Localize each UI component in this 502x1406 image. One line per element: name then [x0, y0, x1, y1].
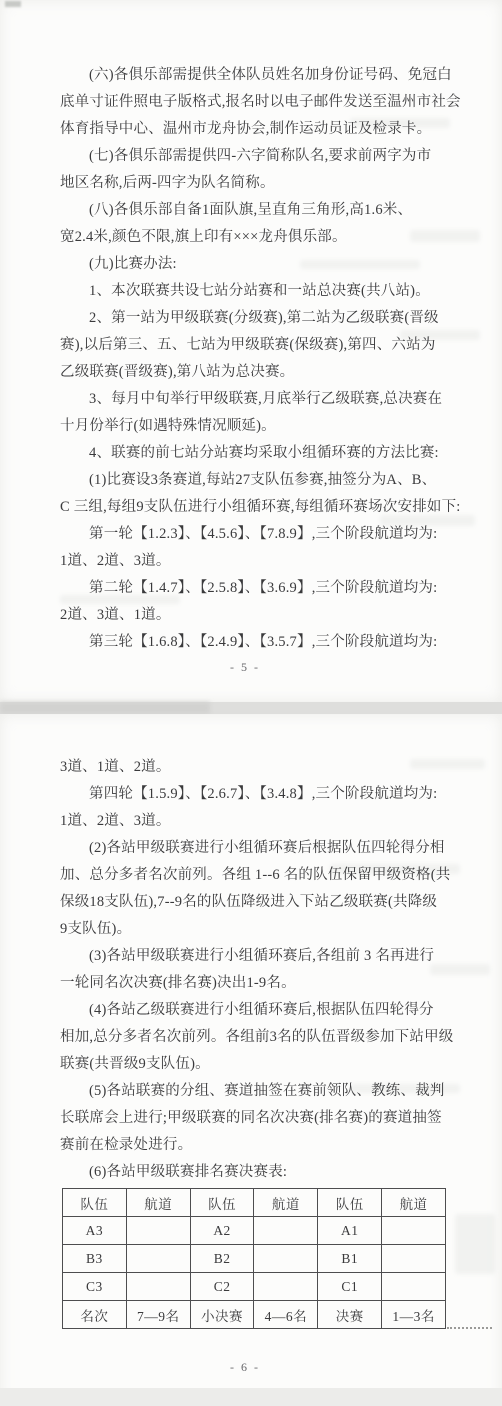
table-header-row: 队伍 航道 队伍 航道 队伍 航道: [63, 1189, 446, 1217]
text-line: (3)各站甲级联赛进行小组循环赛后,各组前 3 名再进行: [60, 943, 462, 970]
text-line: 1、本次联赛共设七站分站赛和一站总决赛(共八站)。: [60, 278, 462, 305]
text-line: (6)各站甲级联赛排名赛决赛表:: [60, 1159, 462, 1186]
scan-corner-smudge: [5, 1, 21, 7]
table-cell: C1: [318, 1273, 382, 1301]
page-number: - 5 -: [0, 660, 490, 675]
table-cell: C2: [190, 1273, 254, 1301]
text-line: 2、第一站为甲级联赛(分级赛),第二站为乙级联赛(晋级: [60, 305, 462, 332]
page-gap-shadow: [0, 702, 210, 714]
table-header-cell: 航道: [254, 1189, 318, 1217]
text-line: 加、总分多者名次前列。各组 1--6 名的队伍保留甲级资格(共: [60, 862, 462, 889]
text-line: 第三轮【1.6.8】、【2.4.9】、【3.5.7】,三个阶段航道均为:: [60, 629, 462, 656]
ranking-final-table: 队伍 航道 队伍 航道 队伍 航道 A3 A2 A1 B3 B2 B1: [62, 1188, 446, 1329]
table-cell: 7—9名: [126, 1301, 190, 1329]
page-6-text-block: 3道、1道、2道。 第四轮【1.5.9】、【2.6.7】、【3.4.8】,三个阶…: [60, 754, 462, 1186]
text-line: 体育指导中心、温州市龙舟协会,制作运动员证及检录卡。: [60, 116, 462, 143]
text-line: 联赛(共晋级9支队伍)。: [60, 1051, 462, 1078]
text-line: 4、联赛的前七站分站赛均采取小组循环赛的方法比赛:: [60, 440, 462, 467]
table-cell: 小决赛: [190, 1301, 254, 1329]
text-line: C 三组,每组9支队伍进行小组循环赛,每组循环赛场次安排如下:: [60, 494, 462, 521]
text-line: 一轮同名次决赛(排名赛)决出1-9名。: [60, 970, 462, 997]
text-line: 保级18支队伍),7--9名的队伍降级进入下站乙级联赛(共降级: [60, 889, 462, 916]
text-line: 长联席会上进行;甲级联赛的同名次决赛(排名赛)的赛道抽签: [60, 1105, 462, 1132]
table-row: 名次 7—9名 小决赛 4—6名 决赛 1—3名: [63, 1301, 446, 1329]
text-line: 第一轮【1.2.3】、【4.5.6】、【7.8.9】,三个阶段航道均为:: [60, 521, 462, 548]
table-cell: 1—3名: [382, 1301, 446, 1329]
table-cell: A2: [190, 1217, 254, 1245]
table-header-cell: 队伍: [190, 1189, 254, 1217]
dotted-line: [447, 1327, 492, 1329]
table-cell: [126, 1217, 190, 1245]
table-cell: A3: [63, 1217, 127, 1245]
text-line: (5)各站联赛的分组、赛道抽签在赛前领队、教练、裁判: [60, 1078, 462, 1105]
text-line: (4)各站乙级联赛进行小组循环赛后,根据队伍四轮得分: [60, 997, 462, 1024]
table-cell: [254, 1273, 318, 1301]
table-header-cell: 队伍: [318, 1189, 382, 1217]
table-cell: A1: [318, 1217, 382, 1245]
page-5-text-block: (六)各俱乐部需提供全体队员姓名加身份证号码、免冠白 底单寸证件照电子版格式,报…: [60, 62, 462, 656]
text-line: (九)比赛办法:: [60, 251, 462, 278]
table-cell: B2: [190, 1245, 254, 1273]
table-cell: 决赛: [318, 1301, 382, 1329]
table-row: C3 C2 C1: [63, 1273, 446, 1301]
table-cell: [382, 1273, 446, 1301]
table-cell: [382, 1245, 446, 1273]
text-line: 赛前在检录处进行。: [60, 1132, 462, 1159]
text-line: 乙级联赛(晋级赛),第八站为总决赛。: [60, 359, 462, 386]
table-row: B3 B2 B1: [63, 1245, 446, 1273]
scan-bottom-shade: [0, 1388, 502, 1406]
text-line: 宽2.4米,颜色不限,旗上印有×××龙舟俱乐部。: [60, 224, 462, 251]
table-row: A3 A2 A1: [63, 1217, 446, 1245]
table-cell: [126, 1245, 190, 1273]
table-cell: B3: [63, 1245, 127, 1273]
table-cell: [382, 1217, 446, 1245]
text-line: 第二轮【1.4.7】、【2.5.8】、【3.6.9】,三个阶段航道均为:: [60, 575, 462, 602]
page-number: - 6 -: [0, 1360, 490, 1375]
table-header-cell: 航道: [126, 1189, 190, 1217]
table-header-cell: 队伍: [63, 1189, 127, 1217]
table-cell: [254, 1217, 318, 1245]
text-line: 3道、1道、2道。: [60, 754, 462, 781]
scanned-document: { "theme": { "paper": "#fcfcfb", "backgr…: [0, 0, 502, 1406]
text-line: 十月份举行(如遇特殊情况顺延)。: [60, 413, 462, 440]
table-header-cell: 航道: [382, 1189, 446, 1217]
table-cell: [254, 1245, 318, 1273]
text-line: (2)各站甲级联赛进行小组循环赛后根据队伍四轮得分相: [60, 835, 462, 862]
table-cell: 名次: [63, 1301, 127, 1329]
text-line: 2道、3道、1道。: [60, 602, 462, 629]
bleed-through-smudge: [455, 1214, 495, 1274]
text-line: 1道、2道、3道。: [60, 808, 462, 835]
text-line: 第四轮【1.5.9】、【2.6.7】、【3.4.8】,三个阶段航道均为:: [60, 781, 462, 808]
text-line: 3、每月中旬举行甲级联赛,月底举行乙级联赛,总决赛在: [60, 386, 462, 413]
text-line: (1)比赛设3条赛道,每站27支队伍参赛,抽签分为A、B、: [60, 467, 462, 494]
text-line: 底单寸证件照电子版格式,报名时以电子邮件发送至温州市社会: [60, 89, 462, 116]
page-5: (六)各俱乐部需提供全体队员姓名加身份证号码、免冠白 底单寸证件照电子版格式,报…: [0, 0, 502, 702]
text-line: 9支队伍)。: [60, 916, 462, 943]
text-line: (六)各俱乐部需提供全体队员姓名加身份证号码、免冠白: [60, 62, 462, 89]
text-line: 相加,总分多者名次前列。各组前3名的队伍晋级参加下站甲级: [60, 1024, 462, 1051]
table-cell: [126, 1273, 190, 1301]
table-cell: 4—6名: [254, 1301, 318, 1329]
text-line: (八)各俱乐部自备1面队旗,呈直角三角形,高1.6米、: [60, 197, 462, 224]
table-cell: C3: [63, 1273, 127, 1301]
text-line: (七)各俱乐部需提供四-六字简称队名,要求前两字为市: [60, 143, 462, 170]
table-cell: B1: [318, 1245, 382, 1273]
page-gap: [0, 702, 502, 714]
page-6: 3道、1道、2道。 第四轮【1.5.9】、【2.6.7】、【3.4.8】,三个阶…: [0, 714, 502, 1406]
text-line: 1道、2道、3道。: [60, 548, 462, 575]
text-line: 地区名称,后两-四字为队名简称。: [60, 170, 462, 197]
text-line: 赛),以后第三、五、七站为甲级联赛(保级赛),第四、六站为: [60, 332, 462, 359]
